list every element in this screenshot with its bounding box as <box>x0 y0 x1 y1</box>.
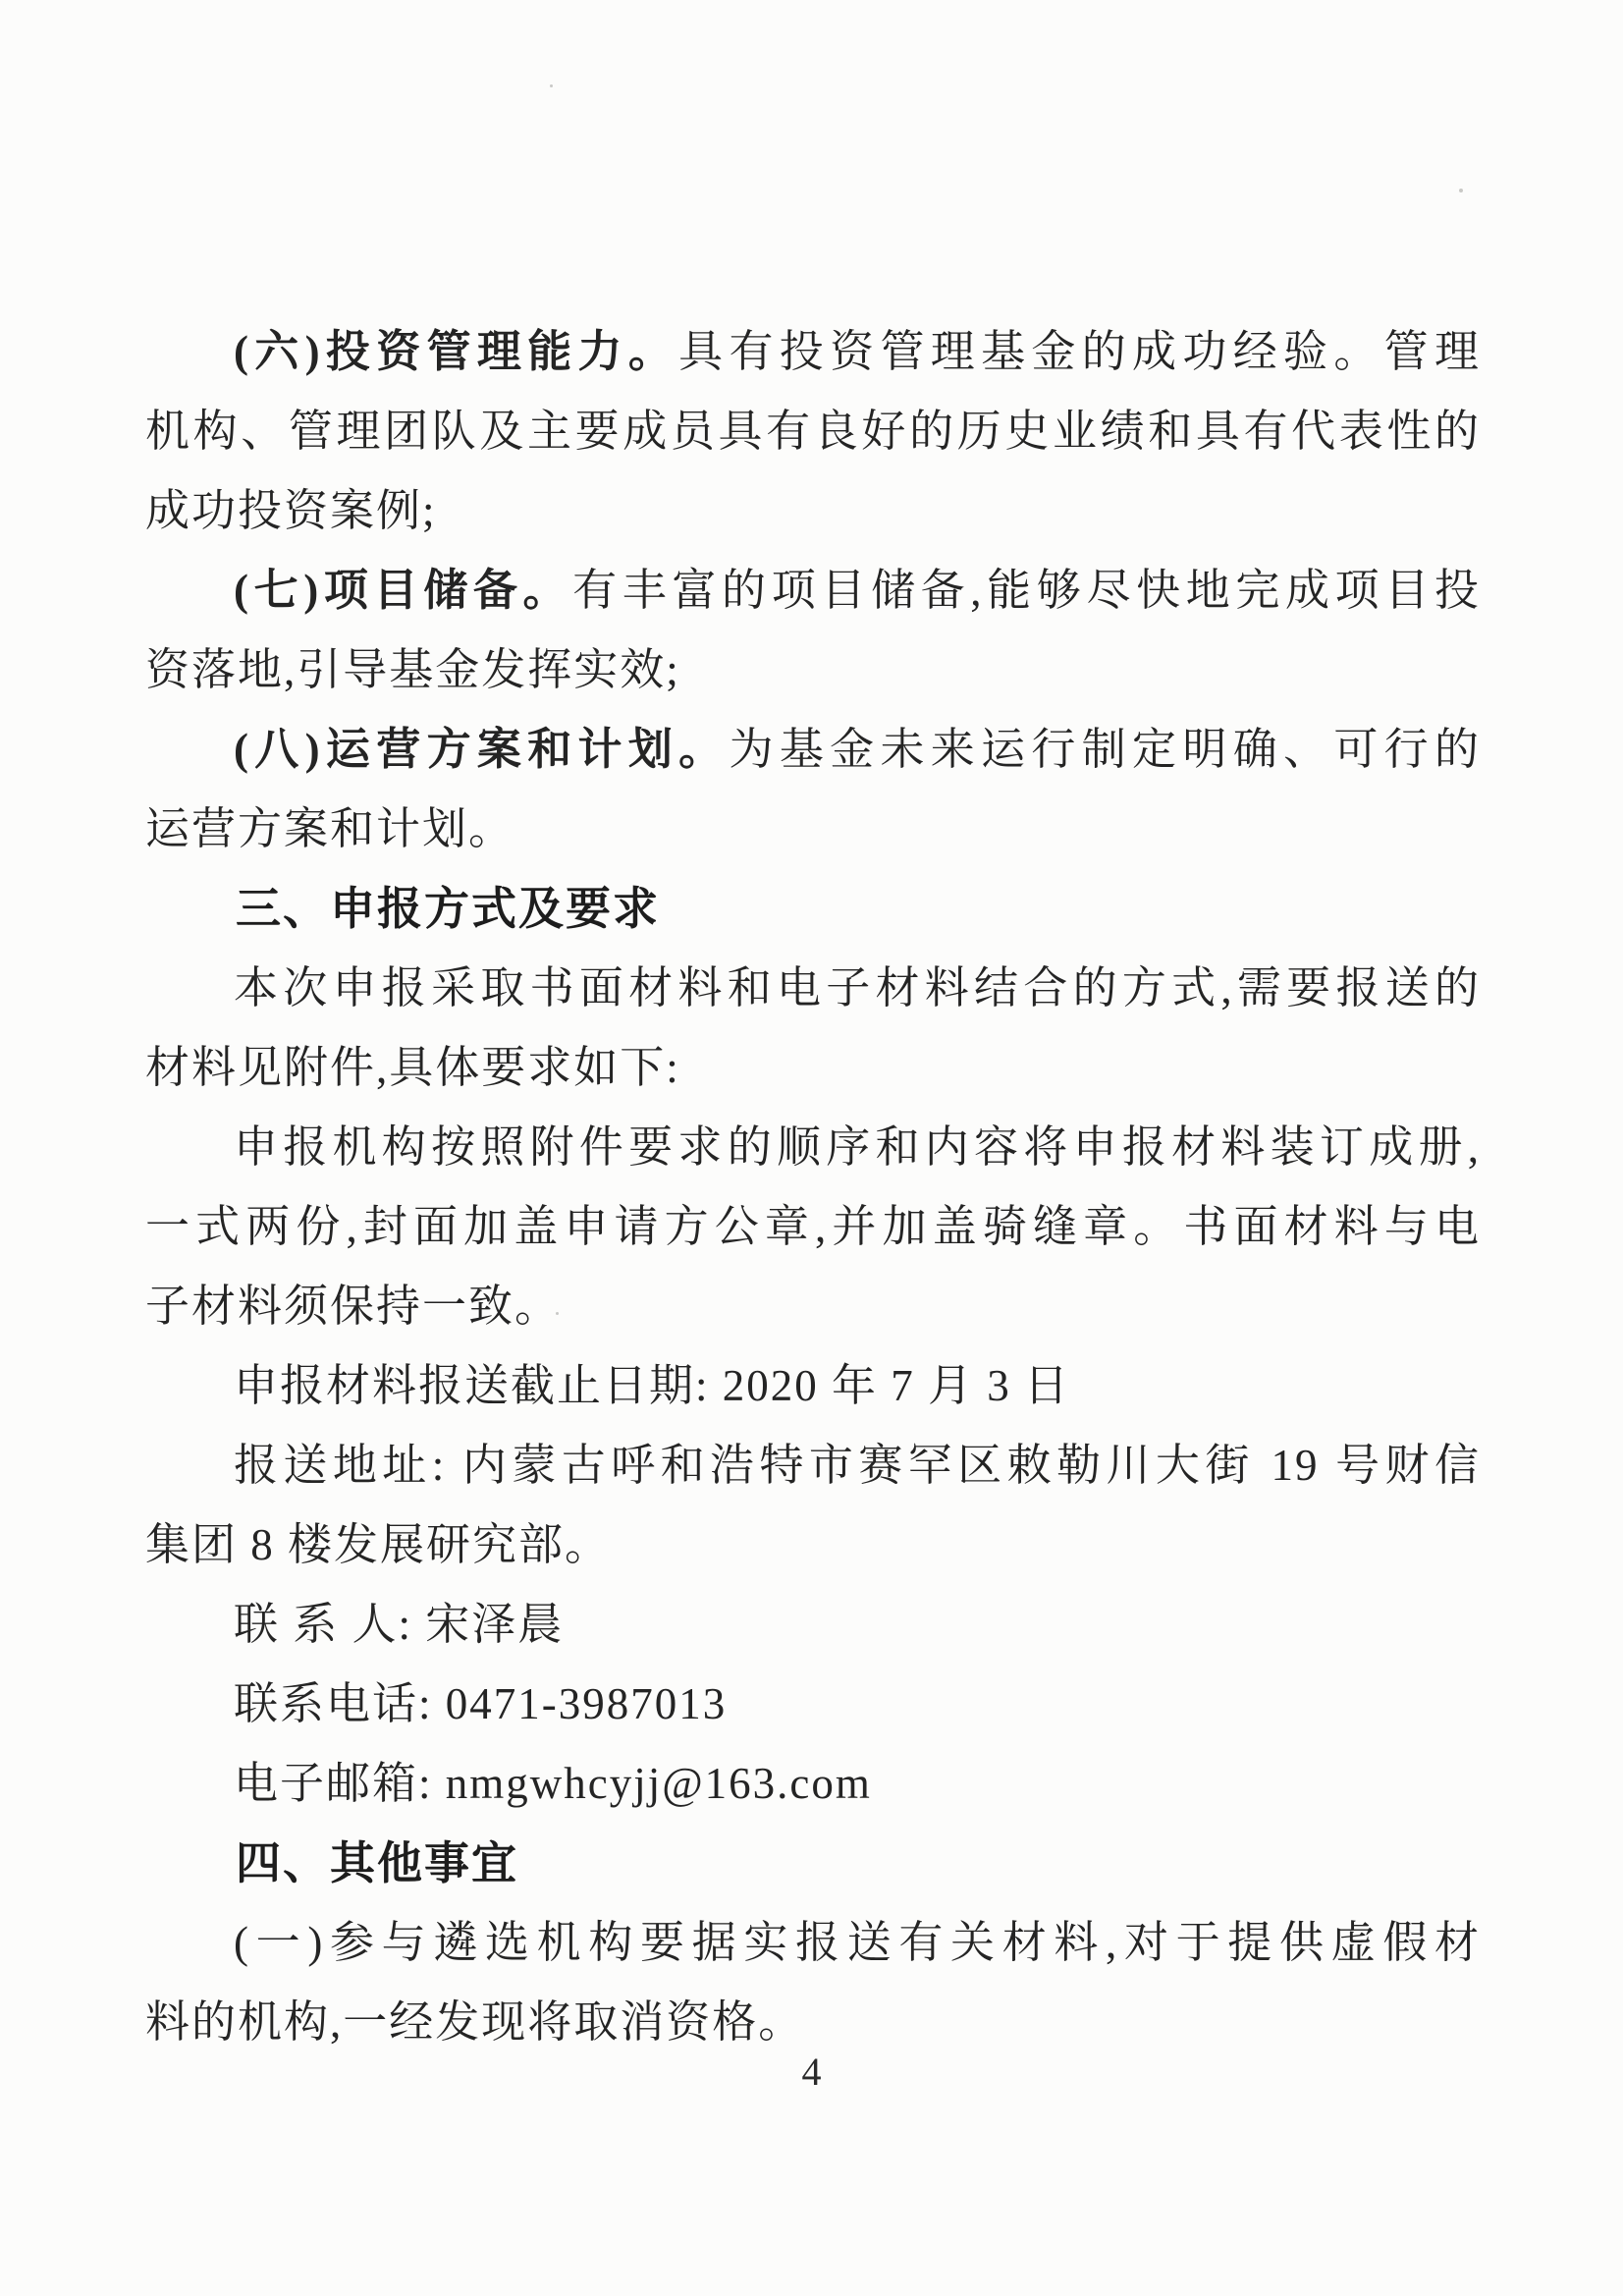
paragraph-text: 料的机构,一经发现将取消资格。 <box>145 1997 804 2047</box>
text-line: 电子邮箱: nmgwhcyjj@163.com <box>145 1744 1481 1824</box>
text-line: 申报材料报送截止日期: 2020 年 7 月 3 日 <box>145 1346 1481 1426</box>
paragraph-text: 联 系 人: 宋泽晨 <box>234 1600 564 1649</box>
paragraph-text: 有丰富的项目储备,能够尽快地完成项目投 <box>572 566 1481 615</box>
section-heading: 三、申报方式及要求 <box>145 869 1481 949</box>
text-line: 材料见附件,具体要求如下: <box>145 1028 1481 1108</box>
scan-speck <box>1459 189 1463 192</box>
paragraph-text: 电子邮箱: nmgwhcyjj@163.com <box>234 1759 872 1808</box>
section-heading: 四、其他事宜 <box>145 1824 1481 1903</box>
paragraph-text: 申报材料报送截止日期: 2020 年 7 月 3 日 <box>234 1361 1070 1410</box>
text-line: 报送地址: 内蒙古呼和浩特市赛罕区敕勒川大街 19 号财信 <box>145 1426 1481 1505</box>
paragraph-text: 申报机构按照附件要求的顺序和内容将申报材料装订成册, <box>234 1122 1481 1172</box>
paragraph-text: 四、其他事宜 <box>236 1837 518 1888</box>
paragraph-text: 材料见附件,具体要求如下: <box>145 1043 680 1092</box>
page-number: 4 <box>0 2043 1623 2102</box>
text-line: 集团 8 楼发展研究部。 <box>145 1505 1481 1585</box>
paragraph-text: 成功投资案例; <box>145 486 437 535</box>
paragraph-lead: (八)运营方案和计划。 <box>234 725 730 774</box>
text-line: (八)运营方案和计划。为基金未来运行制定明确、可行的 <box>145 710 1481 790</box>
text-line: 联系电话: 0471-3987013 <box>145 1665 1481 1744</box>
paragraph-text: (一)参与遴选机构要据实报送有关材料,对于提供虚假材 <box>234 1918 1481 1967</box>
paragraph-text: 运营方案和计划。 <box>145 804 514 853</box>
text-line: 申报机构按照附件要求的顺序和内容将申报材料装订成册, <box>145 1108 1481 1187</box>
paragraph-text: 本次申报采取书面材料和电子材料结合的方式,需要报送的 <box>234 963 1481 1012</box>
document-page: (六)投资管理能力。具有投资管理基金的成功经验。管理机构、管理团队及主要成员具有… <box>0 0 1623 2296</box>
scan-speck <box>550 84 553 87</box>
paragraph-text: 具有投资管理基金的成功经验。管理 <box>678 327 1481 376</box>
paragraph-text: 机构、管理团队及主要成员具有良好的历史业绩和具有代表性的 <box>145 407 1481 456</box>
paragraph-text: 为基金未来运行制定明确、可行的 <box>730 725 1481 774</box>
text-line: (六)投资管理能力。具有投资管理基金的成功经验。管理 <box>145 312 1481 392</box>
text-line: 联 系 人: 宋泽晨 <box>145 1585 1481 1665</box>
paragraph-text: 报送地址: 内蒙古呼和浩特市赛罕区敕勒川大街 19 号财信 <box>234 1441 1481 1490</box>
text-line: 资落地,引导基金发挥实效; <box>145 630 1481 710</box>
paragraph-text: 联系电话: 0471-3987013 <box>234 1679 727 1728</box>
text-line: (一)参与遴选机构要据实报送有关材料,对于提供虚假材 <box>145 1903 1481 1983</box>
text-line: 一式两份,封面加盖申请方公章,并加盖骑缝章。书面材料与电 <box>145 1187 1481 1267</box>
paragraph-lead: (七)项目储备。 <box>234 566 572 615</box>
text-line: 机构、管理团队及主要成员具有良好的历史业绩和具有代表性的 <box>145 392 1481 471</box>
text-line: (七)项目储备。有丰富的项目储备,能够尽快地完成项目投 <box>145 551 1481 630</box>
paragraph-lead: (六)投资管理能力。 <box>234 327 678 376</box>
paragraph-text: 资落地,引导基金发挥实效; <box>145 645 680 694</box>
paragraph-text: 三、申报方式及要求 <box>236 883 660 934</box>
text-line: 成功投资案例; <box>145 471 1481 551</box>
paragraph-text: 子材料须保持一致。 <box>145 1282 561 1331</box>
paragraph-text: 集团 8 楼发展研究部。 <box>145 1520 611 1569</box>
document-body: (六)投资管理能力。具有投资管理基金的成功经验。管理机构、管理团队及主要成员具有… <box>145 312 1481 2062</box>
text-line: 子材料须保持一致。 <box>145 1267 1481 1346</box>
text-line: 运营方案和计划。 <box>145 790 1481 869</box>
paragraph-text: 一式两份,封面加盖申请方公章,并加盖骑缝章。书面材料与电 <box>145 1202 1481 1251</box>
text-line: 本次申报采取书面材料和电子材料结合的方式,需要报送的 <box>145 949 1481 1028</box>
